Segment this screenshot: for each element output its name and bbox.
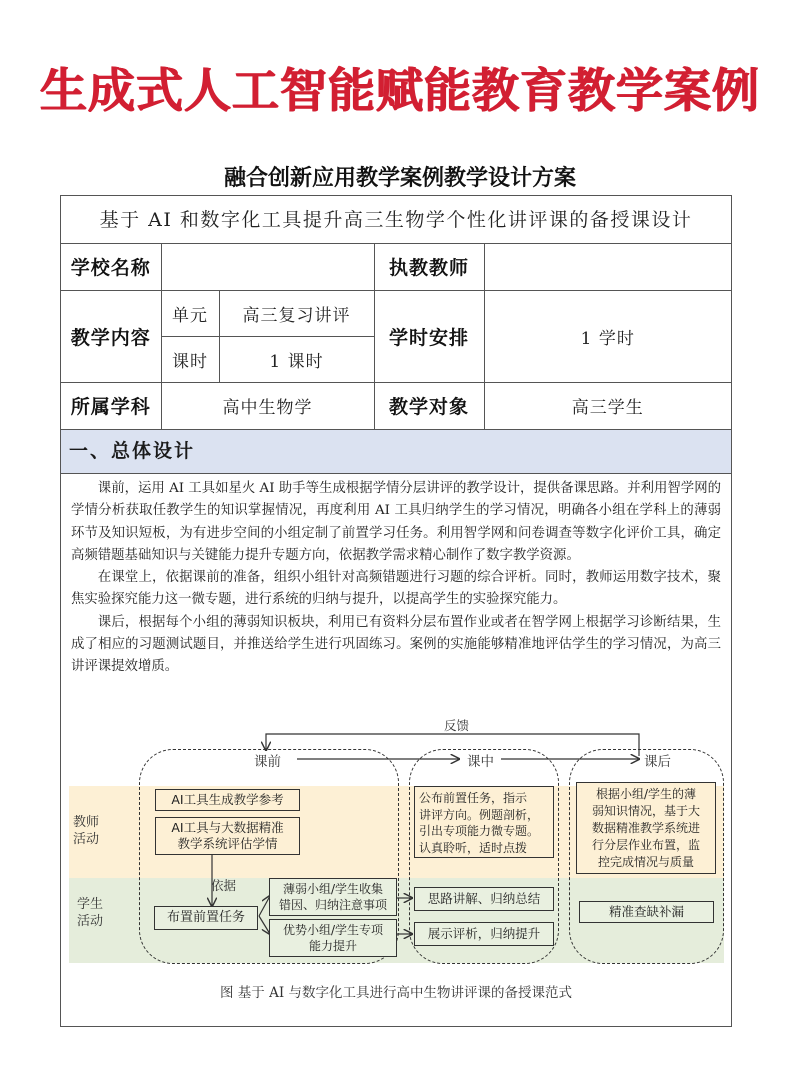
box-in-class-teacher: 公布前置任务，指示 讲评方向。例题剖析， 引出专项能力微专题。 认真聆听，适时点… bbox=[414, 786, 554, 858]
box-post-class-teacher: 根据小组/学生的薄 弱知识情况，基于大 数据精准教学系统进 行分层作业布置，监 … bbox=[576, 782, 716, 874]
audience-value: 高三学生 bbox=[484, 382, 731, 429]
paragraph-pre-class: 课前，运用 AI 工具如星火 AI 助手等生成根据学情分层讲评的教学设计，提供备… bbox=[71, 478, 721, 567]
box-assign-pre-task: 布置前置任务 bbox=[154, 906, 258, 930]
overall-design-text: 课前，运用 AI 工具如星火 AI 助手等生成根据学情分层讲评的教学设计，提供备… bbox=[71, 478, 721, 679]
info-table: 学校名称 执教教师 教学内容 单元 高三复习讲评 学时安排 1 学时 课时 1 … bbox=[61, 243, 731, 430]
banner-title: 生成式人工智能赋能教育教学案例 bbox=[0, 62, 800, 122]
lesson-flow-diagram: 教师 活动 学生 活动 反馈 课前 课中 bbox=[69, 716, 724, 966]
period-value: 1 课时 bbox=[219, 336, 374, 382]
box-post-class-gap-filling: 精准查缺补漏 bbox=[579, 901, 714, 923]
box-ai-teaching-reference: AI工具生成教学参考 bbox=[155, 789, 300, 811]
teacher-value bbox=[484, 243, 731, 290]
teacher-label: 执教教师 bbox=[374, 243, 484, 290]
box-weak-group: 薄弱小组/学生收集 错因、归纳注意事项 bbox=[269, 878, 397, 916]
box-strong-group: 优势小组/学生专项 能力提升 bbox=[269, 919, 397, 957]
schedule-value: 1 学时 bbox=[484, 290, 731, 382]
content-label: 教学内容 bbox=[61, 290, 161, 382]
box-ai-bigdata-assessment: AI工具与大数据精准 教学系统评估学情 bbox=[155, 817, 300, 855]
feedback-label: 反馈 bbox=[444, 716, 469, 734]
paragraph-post-class: 课后，根据每个小组的薄弱知识板块，利用已有资料分层布置作业或者在智学网上根据学习… bbox=[71, 612, 721, 679]
period-label: 课时 bbox=[161, 336, 219, 382]
phase-in-class: 课中 bbox=[467, 750, 494, 770]
box-in-class-review: 展示评析，归纳提升 bbox=[414, 922, 554, 946]
subject-value: 高中生物学 bbox=[161, 382, 374, 429]
box-in-class-explain: 思路讲解、归纳总结 bbox=[414, 887, 554, 911]
school-value bbox=[161, 243, 374, 290]
basis-label: 依据 bbox=[211, 876, 236, 894]
paragraph-in-class: 在课堂上，依据课前的准备，组织小组针对高频错题进行习题的综合评析。同时，教师运用… bbox=[71, 567, 721, 612]
diagram-caption: 图 基于 AI 与数字化工具进行高中生物讲评课的备授课范式 bbox=[61, 981, 731, 1001]
section-heading-overall-design: 一、总体设计 bbox=[61, 429, 731, 474]
design-form: 基于 AI 和数字化工具提升高三生物学个性化讲评课的备授课设计 学校名称 执教教… bbox=[60, 195, 732, 1027]
unit-value: 高三复习讲评 bbox=[219, 290, 374, 336]
document-title: 融合创新应用教学案例教学设计方案 bbox=[0, 163, 800, 195]
phase-post-class: 课后 bbox=[644, 750, 671, 770]
phase-pre-class: 课前 bbox=[254, 750, 281, 770]
schedule-label: 学时安排 bbox=[374, 290, 484, 382]
subject-label: 所属学科 bbox=[61, 382, 161, 429]
school-label: 学校名称 bbox=[61, 243, 161, 290]
lesson-subtitle: 基于 AI 和数字化工具提升高三生物学个性化讲评课的备授课设计 bbox=[61, 196, 731, 244]
unit-label: 单元 bbox=[161, 290, 219, 336]
audience-label: 教学对象 bbox=[374, 382, 484, 429]
